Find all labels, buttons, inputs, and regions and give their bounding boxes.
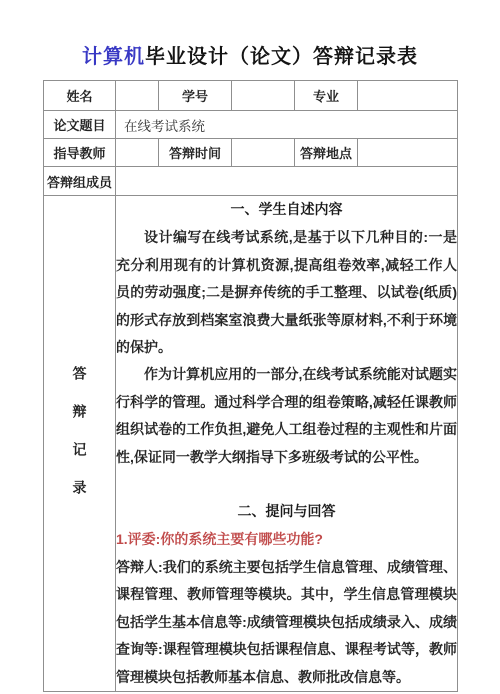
row-committee: 答辩组成员 [44, 167, 458, 196]
advisor-label: 指导教师 [44, 139, 116, 167]
row-thesis-title: 论文题目 在线考试系统 [44, 111, 458, 139]
page-title: 计算机毕业设计（论文）答辩记录表 [0, 40, 500, 69]
defense-time-value-cell [232, 139, 295, 167]
row-defense-info: 指导教师 答辩时间 答辩地点 [44, 139, 458, 167]
page-title-rest: 毕业设计（论文）答辩记录表 [145, 46, 418, 68]
major-label: 专业 [295, 81, 358, 111]
thesis-title-label: 论文题目 [44, 111, 116, 139]
defense-record-content: 一、学生自述内容 设计编写在线考试系统,是基于以下几种目的:一是充分利用现有的计… [116, 196, 457, 691]
section1-paragraph-1: 设计编写在线考试系统,是基于以下几种目的:一是充分利用现有的计算机资源,提高组卷… [116, 224, 457, 361]
thesis-title-value: 在线考试系统 [116, 111, 458, 139]
defense-location-value-cell [358, 139, 458, 167]
defense-record-side-label-cell: 答辩记录 [44, 196, 116, 692]
defense-record-side-label: 答辩记录 [70, 366, 90, 518]
row-defense-record: 答辩记录 一、学生自述内容 设计编写在线考试系统,是基于以下几种目的:一是充分利… [44, 196, 458, 692]
student-id-value-cell [232, 81, 295, 111]
document-page: 计算机毕业设计（论文）答辩记录表 姓名 学号 专业 论文题目 在线考试系统 指导… [0, 0, 500, 694]
section1-heading: 一、学生自述内容 [116, 196, 457, 223]
name-label: 姓名 [44, 81, 116, 111]
advisor-value-cell [116, 139, 159, 167]
blank-line [116, 471, 457, 498]
defense-time-label: 答辩时间 [159, 139, 232, 167]
defense-record-content-cell: 一、学生自述内容 设计编写在线考试系统,是基于以下几种目的:一是充分利用现有的计… [116, 196, 458, 692]
student-id-label: 学号 [159, 81, 232, 111]
major-value-cell [358, 81, 458, 111]
row-basic-info: 姓名 学号 专业 [44, 81, 458, 111]
committee-label: 答辩组成员 [44, 167, 116, 196]
name-value-cell [116, 81, 159, 111]
question-1: 1.评委:你的系统主要有哪些功能? [116, 526, 457, 553]
answer-1: 答辩人:我们的系统主要包括学生信息管理、成绩管理、课程管理、教师管理等模块。其中… [116, 554, 457, 691]
defense-record-table: 姓名 学号 专业 论文题目 在线考试系统 指导教师 答辩时间 答辩地点 答辩组成… [43, 80, 458, 692]
committee-value-cell [116, 167, 458, 196]
section1-paragraph-2: 作为计算机应用的一部分,在线考试系统能对试题实行科学的管理。通过科学合理的组卷策… [116, 361, 457, 471]
page-title-highlight: 计算机 [82, 46, 145, 68]
section2-heading: 二、提问与回答 [116, 498, 457, 525]
defense-location-label: 答辩地点 [295, 139, 358, 167]
